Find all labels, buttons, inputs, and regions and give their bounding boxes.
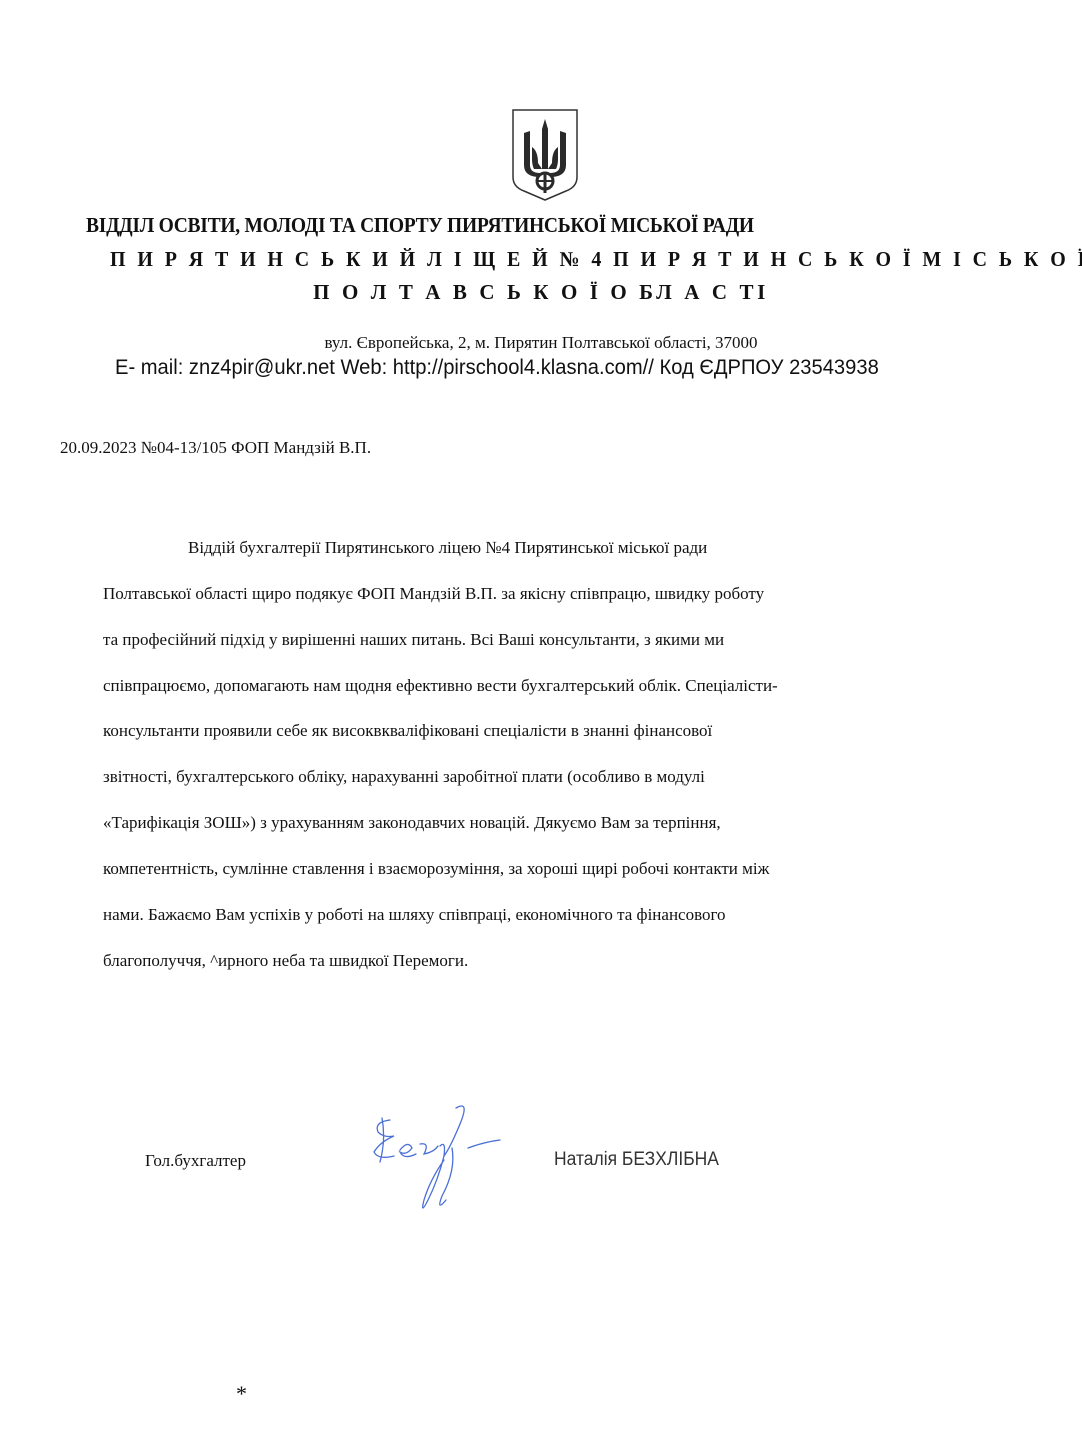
body-line: та професійний підхід у вирішенні наших … [103,630,724,650]
body-line: Полтавської області щиро подякує ФОП Ман… [103,584,764,604]
body-line: благополуччя, ^ирного неба та швидкої Пе… [103,951,468,971]
school-contacts: E- mail: znz4pir@ukr.net Web: http://pir… [115,356,879,380]
body-line: «Тарифікація ЗОШ») з урахуванням законод… [103,813,721,833]
footer-asterisk: * [236,1381,247,1407]
signatory-role: Гол.бухгалтер [145,1151,246,1171]
body-line: співпрацюємо, допомагають нам щодня ефек… [103,676,778,696]
department-title: ВІДДІЛ ОСВІТИ, МОЛОДІ ТА СПОРТУ ПИРЯТИНС… [86,213,754,238]
body-line: Віддій бухгалтерії Пирятинського ліцею №… [188,538,707,558]
signatory-name: Наталія БЕЗХЛІБНА [554,1149,719,1171]
handwritten-signature-icon [360,1100,510,1220]
body-line: консультанти проявили себе як високвквал… [103,721,712,741]
region-title: П О Л Т А В С Ь К О Ї О БЛ А С ТІ [0,280,1082,305]
school-address: вул. Європейська, 2, м. Пирятин Полтавсь… [0,333,1082,353]
letter-reference: 20.09.2023 №04-13/105 ФОП Мандзій В.П. [60,438,371,458]
body-line: нами. Бажаємо Вам успіхів у роботі на шл… [103,905,726,925]
ukraine-trident-emblem-icon [510,107,580,203]
school-title: П И Р Я Т И Н С Ь К И Й Л І Щ Е Й № 4 П … [110,247,1082,272]
body-line: звітності, бухгалтерського обліку, нарах… [103,767,705,787]
body-line: компетентність, сумлінне ставлення і вза… [103,859,769,879]
